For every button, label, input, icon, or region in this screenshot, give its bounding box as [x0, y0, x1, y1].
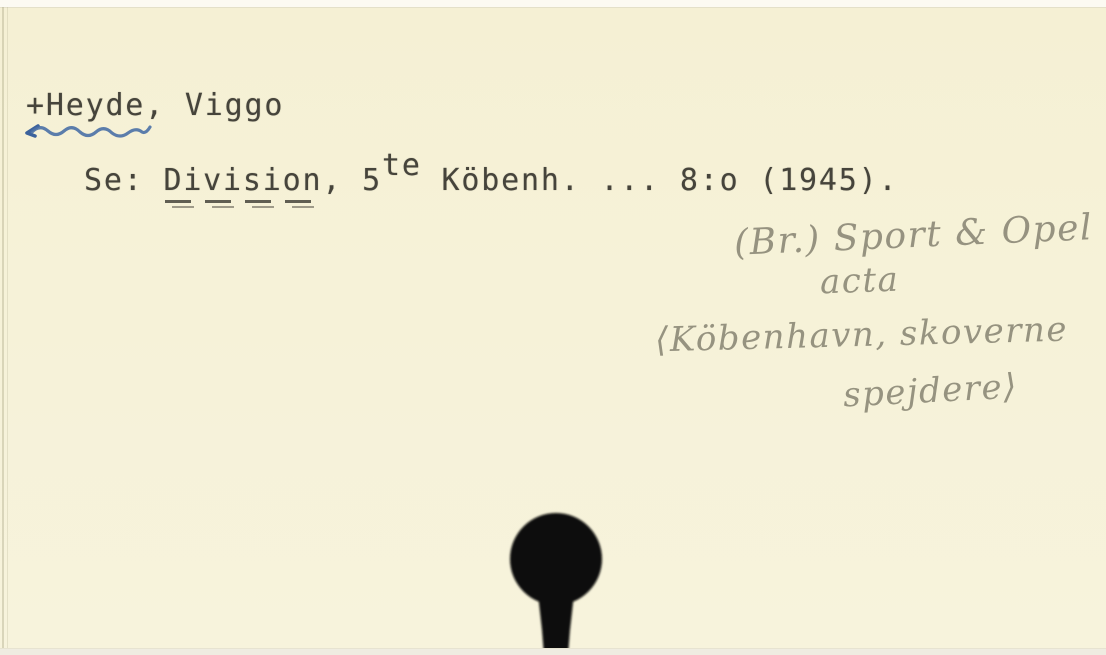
reference-superscript: te: [382, 151, 422, 181]
scan-left-edge-line-faint: [7, 7, 8, 649]
handwritten-note-line-4: spejdere⟩: [842, 369, 1018, 412]
scan-bottom-edge: [0, 648, 1106, 655]
reference-suffix: Köbenh. ... 8:o (1945).: [422, 163, 899, 198]
scan-left-edge-line: [2, 7, 4, 649]
hole-punch-icon: [486, 510, 626, 655]
scan-top-edge: [0, 0, 1106, 8]
card-reference-line: Se: Division, 5te Köbenh. ... 8:o (1945)…: [84, 166, 898, 196]
wavy-underline-icon: [22, 117, 162, 143]
handwritten-note-line-1: (Br.) Sport & Opel: [733, 210, 1093, 262]
reference-title-underlined: Division: [163, 166, 322, 210]
handwritten-note-line-2: acta: [819, 263, 899, 300]
reference-mid: , 5: [322, 163, 382, 198]
index-card-scan: +Heyde, Viggo Se: Division, 5te Köbenh. …: [0, 0, 1106, 655]
reference-prefix: Se:: [84, 163, 163, 198]
handwritten-note-line-3: ⟨Köbenhavn, skoverne: [655, 313, 1069, 358]
